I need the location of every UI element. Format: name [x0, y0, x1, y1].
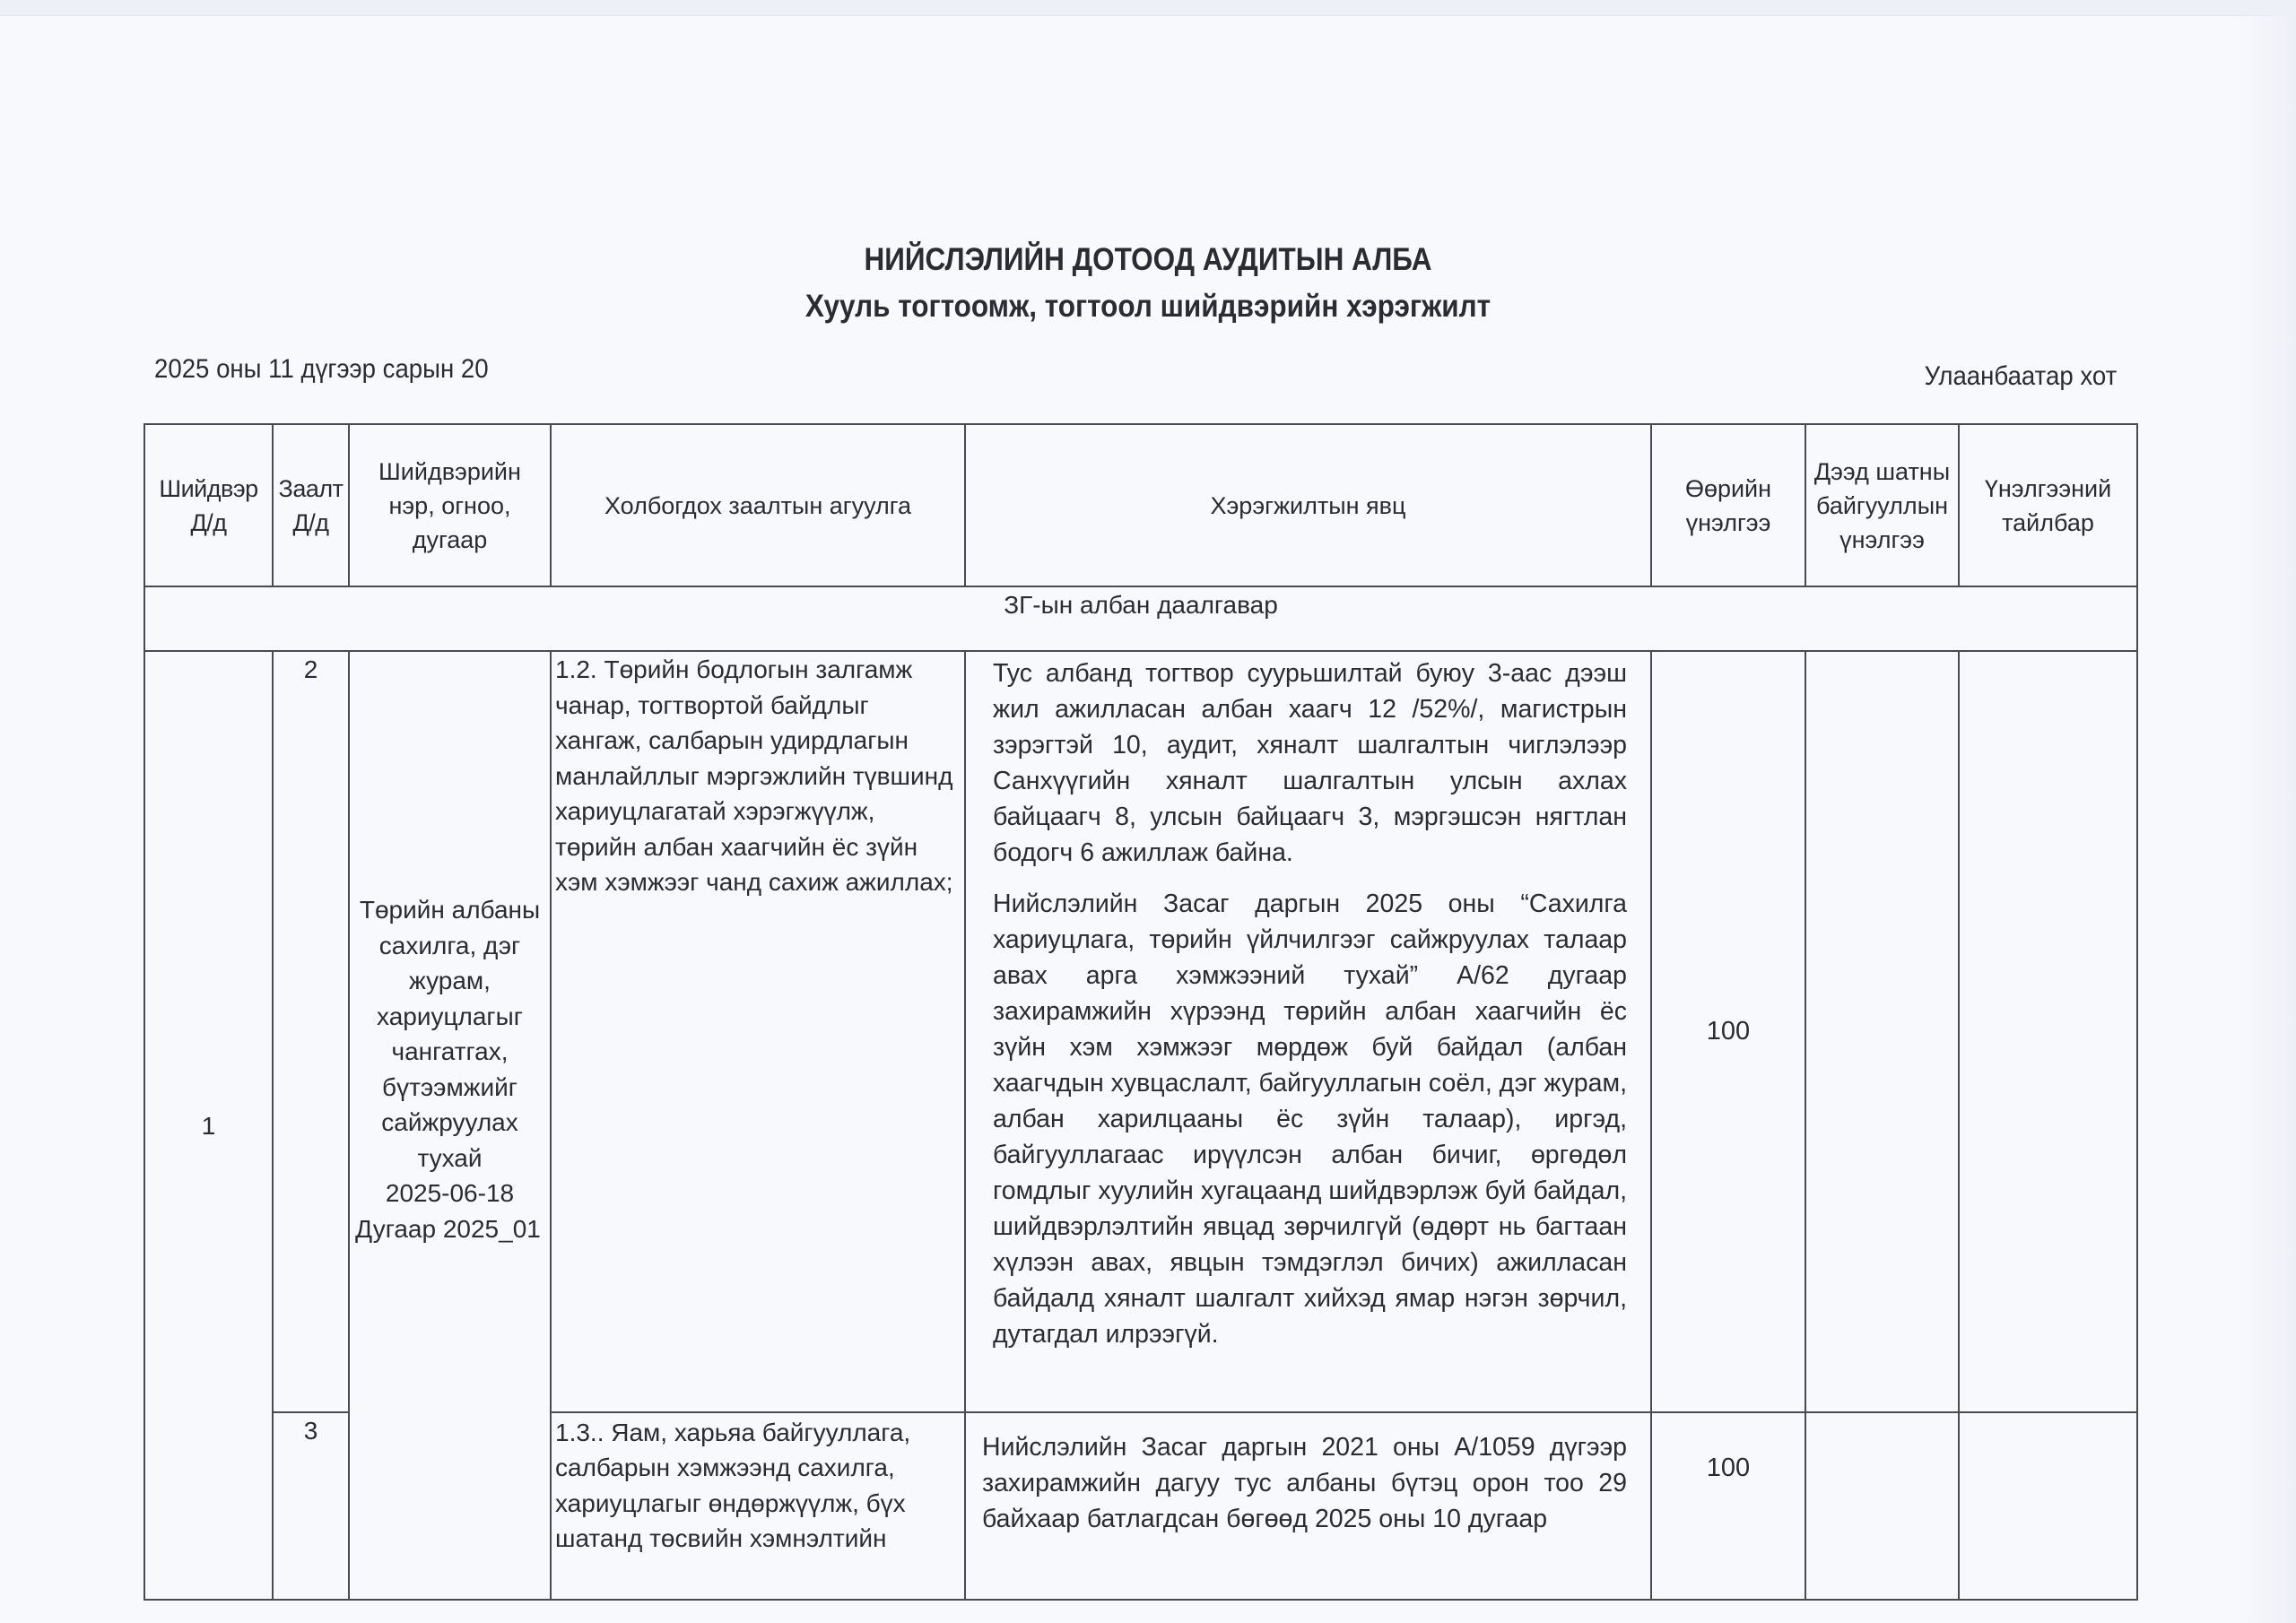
- organization-title: НИЙСЛЭЛИЙН ДОТООД АУДИТЫН АЛБА: [115, 242, 2181, 278]
- clause-content: 1.2. Төрийн бодлогын залгамж чанар, тогт…: [551, 651, 965, 1412]
- scan-right-shadow: [2233, 15, 2296, 1623]
- score-comment: [1959, 1412, 2137, 1600]
- progress-paragraph: Нийслэлийн Засаг даргын 2025 оны “Сахилг…: [993, 886, 1627, 1352]
- section-row: ЗГ-ын албан даалгавар: [144, 586, 2137, 651]
- header-decision-no: Шийдвэр Д/д: [144, 424, 273, 586]
- self-score: 100: [1651, 651, 1805, 1412]
- progress-paragraph: Нийслэлийн Засаг даргын 2021 оны А/1059 …: [982, 1429, 1627, 1537]
- header-row: Шийдвэр Д/д Заалт Д/д Шийдвэрийн нэр, ог…: [144, 424, 2137, 586]
- header-decision-name: Шийдвэрийн нэр, огноо, дугаар: [349, 424, 551, 586]
- decision-name-cell: Төрийн албаны сахилга, дэг журам, хариуц…: [349, 651, 551, 1600]
- document-subtitle: Хууль тогтоомж, тогтоол шийдвэрийн хэрэг…: [115, 289, 2181, 325]
- section-title: ЗГ-ын албан даалгавар: [144, 586, 2137, 651]
- header-comment: Үнэлгээний тайлбар: [1959, 424, 2137, 586]
- document-date: 2025 оны 11 дүгээр сарын 20: [154, 354, 489, 385]
- score-comment: [1959, 651, 2137, 1412]
- decision-doc-number: Дугаар 2025_01: [346, 1211, 550, 1247]
- progress-cell: Нийслэлийн Засаг даргын 2021 оны А/1059 …: [965, 1412, 1651, 1600]
- table-row: 1 2 Төрийн албаны сахилга, дэг журам, ха…: [144, 651, 2137, 1412]
- header-clause-no: Заалт Д/д: [273, 424, 349, 586]
- decision-name: Төрийн албаны сахилга, дэг журам, хариуц…: [350, 892, 550, 1176]
- higher-score: [1805, 651, 1959, 1412]
- progress-paragraph: Тус албанд тогтвор суурьшилтай буюу 3-аа…: [993, 655, 1627, 871]
- higher-score: [1805, 1412, 1959, 1600]
- header-progress: Хэрэгжилтын явц: [965, 424, 1651, 586]
- progress-cell: Тус албанд тогтвор суурьшилтай буюу 3-аа…: [965, 651, 1651, 1412]
- scan-top-edge: [0, 0, 2296, 16]
- clause-content: 1.3.. Яам, харьяа байгууллага, салбарын …: [551, 1412, 965, 1600]
- clause-number: 3: [273, 1412, 349, 1600]
- decision-number: 1: [144, 651, 273, 1600]
- header-self-score: Өөрийн үнэлгээ: [1651, 424, 1805, 586]
- document-city: Улаанбаатар хот: [1924, 361, 2117, 392]
- implementation-table: Шийдвэр Д/д Заалт Д/д Шийдвэрийн нэр, ог…: [143, 423, 2138, 1601]
- clause-number: 2: [273, 651, 349, 1412]
- decision-date: 2025-06-18: [350, 1176, 550, 1211]
- header-clause-content: Холбогдох заалтын агуулга: [551, 424, 965, 586]
- self-score: 100: [1651, 1412, 1805, 1600]
- header-higher-score: Дээд шатны байгууллын үнэлгээ: [1805, 424, 1959, 586]
